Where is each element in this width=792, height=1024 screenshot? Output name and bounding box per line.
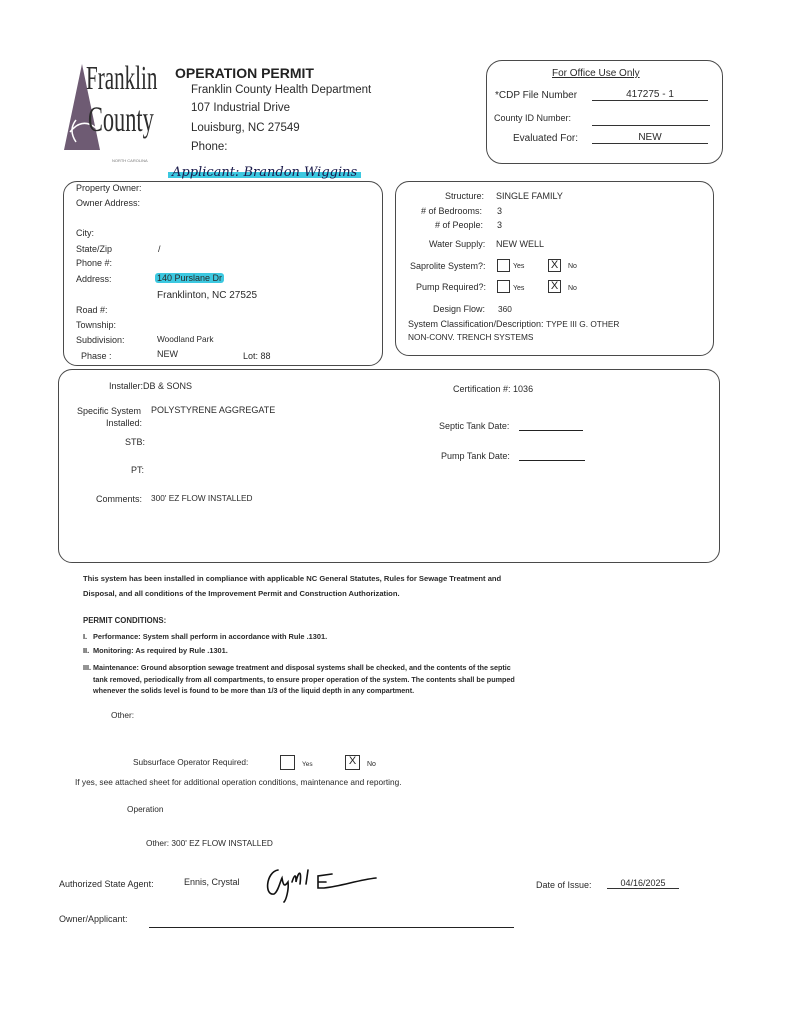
county-id-label: County ID Number: xyxy=(494,113,571,123)
county-id-value xyxy=(592,112,710,129)
subsurface-note: If yes, see attached sheet for additiona… xyxy=(75,777,402,787)
office-use-title: For Office Use Only xyxy=(552,68,640,79)
septic-tank-date-label: Septic Tank Date: xyxy=(439,421,509,431)
department-phone-label: Phone: xyxy=(191,141,227,153)
permit-conditions-heading: PERMIT CONDITIONS: xyxy=(83,616,166,625)
signature-icon xyxy=(262,862,382,904)
subdivision-value: Woodland Park xyxy=(157,334,214,344)
structure-value: SINGLE FAMILY xyxy=(496,191,563,201)
conditions-other-label: Other: xyxy=(111,710,134,720)
address-label: Address: xyxy=(76,274,112,284)
state-zip-label: State/Zip xyxy=(76,244,112,254)
agent-label: Authorized State Agent: xyxy=(59,879,154,889)
subsurface-no-checkbox[interactable]: X xyxy=(345,755,360,770)
saprolite-no-checkbox[interactable]: X xyxy=(548,259,561,272)
water-supply-value: NEW WELL xyxy=(496,239,544,249)
design-flow-value: 360 xyxy=(498,304,512,314)
pump-tank-date-label: Pump Tank Date: xyxy=(441,451,510,461)
pump-tank-date-field[interactable] xyxy=(519,449,585,461)
phase-label: Phase : xyxy=(81,351,112,361)
compliance-line2: Disposal, and all conditions of the Impr… xyxy=(83,589,400,598)
owner-applicant-signature-line[interactable] xyxy=(149,927,514,928)
pump-required-label: Pump Required?: xyxy=(416,282,486,292)
department-street: 107 Industrial Drive xyxy=(191,102,290,114)
bedrooms-label: # of Bedrooms: xyxy=(421,206,482,216)
agent-signature xyxy=(262,862,382,909)
pump-yes-checkbox[interactable] xyxy=(497,280,510,293)
condition-3: III.Maintenance: Ground absorption sewag… xyxy=(83,662,515,697)
water-supply-label: Water Supply: xyxy=(429,239,485,249)
date-of-issue-label: Date of Issue: xyxy=(536,880,592,890)
classification-line: System Classification/Description: TYPE … xyxy=(408,319,619,329)
structure-label: Structure: xyxy=(445,191,484,201)
cdp-file-value: 417275 - 1 xyxy=(592,89,708,101)
installer-line: Installer:DB & SONS xyxy=(109,381,192,391)
cdp-file-label: *CDP File Number xyxy=(495,90,577,101)
agent-name: Ennis, Crystal xyxy=(184,877,240,887)
date-of-issue-value: 04/16/2025 xyxy=(607,878,679,889)
subsurface-other-line: Other: 300' EZ FLOW INSTALLED xyxy=(146,838,273,848)
classification-line2: NON-CONV. TRENCH SYSTEMS xyxy=(408,332,533,342)
township-label: Township: xyxy=(76,320,116,330)
phone-label: Phone #: xyxy=(76,258,112,268)
state-zip-value: / xyxy=(158,244,161,254)
pump-yes-label: Yes xyxy=(513,285,524,292)
people-value: 3 xyxy=(497,220,502,230)
property-owner-label: Property Owner: xyxy=(76,183,142,193)
evaluated-for-value: NEW xyxy=(592,132,708,144)
phase-value: NEW xyxy=(157,349,178,359)
saprolite-label: Saprolite System?: xyxy=(410,261,486,271)
city-label: City: xyxy=(76,228,94,238)
saprolite-yes-checkbox[interactable] xyxy=(497,259,510,272)
condition-2: II.Monitoring: As required by Rule .1301… xyxy=(83,646,228,655)
compliance-line1: This system has been installed in compli… xyxy=(83,574,501,583)
septic-tank-date-field[interactable] xyxy=(519,419,583,431)
bedrooms-value: 3 xyxy=(497,206,502,216)
pump-no-label: No xyxy=(568,285,577,292)
saprolite-yes-label: Yes xyxy=(513,263,524,270)
address-line1: 140 Purslane Dr xyxy=(155,273,224,283)
design-flow-label: Design Flow: xyxy=(433,304,485,314)
logo-franklin: Franklin xyxy=(86,60,157,98)
condition-1: I.Performance: System shall perform in a… xyxy=(83,632,327,641)
specific-system-label: Specific System xyxy=(77,406,141,416)
installed-label: Installed: xyxy=(106,418,142,428)
department-name: Franklin County Health Department xyxy=(191,84,371,96)
department-city: Louisburg, NC 27549 xyxy=(191,122,300,134)
stb-label: STB: xyxy=(125,437,145,447)
handwritten-applicant-note: Applicant: Brandon Wiggins xyxy=(168,163,361,181)
subsurface-yes-checkbox[interactable] xyxy=(280,755,295,770)
evaluated-for-label: Evaluated For: xyxy=(513,133,578,144)
specific-system-value: POLYSTYRENE AGGREGATE xyxy=(151,405,275,415)
comments-label: Comments: xyxy=(96,494,142,504)
comments-value: 300' EZ FLOW INSTALLED xyxy=(151,493,252,503)
lot-label: Lot: 88 xyxy=(243,351,271,361)
installer-info-box xyxy=(58,369,720,563)
subsurface-no-label: No xyxy=(367,761,376,768)
logo-county: County xyxy=(88,98,154,140)
pt-label: PT: xyxy=(131,465,144,475)
address-line2: Franklinton, NC 27525 xyxy=(157,290,257,301)
logo-tagline: NORTH CAROLINA xyxy=(112,158,148,163)
county-logo: Franklin County NORTH CAROLINA xyxy=(62,62,162,172)
subsurface-operator-label: Subsurface Operator Required: xyxy=(133,757,248,767)
road-label: Road #: xyxy=(76,305,108,315)
owner-applicant-label: Owner/Applicant: xyxy=(59,914,128,924)
subsurface-yes-label: Yes xyxy=(302,761,313,768)
people-label: # of People: xyxy=(435,220,483,230)
pump-no-checkbox[interactable]: X xyxy=(548,280,561,293)
saprolite-no-label: No xyxy=(568,263,577,270)
owner-address-label: Owner Address: xyxy=(76,198,140,208)
subdivision-label: Subdivision: xyxy=(76,335,125,345)
operation-label: Operation xyxy=(127,804,163,814)
certification-line: Certification #: 1036 xyxy=(453,384,533,394)
page-title: OPERATION PERMIT xyxy=(175,65,314,81)
